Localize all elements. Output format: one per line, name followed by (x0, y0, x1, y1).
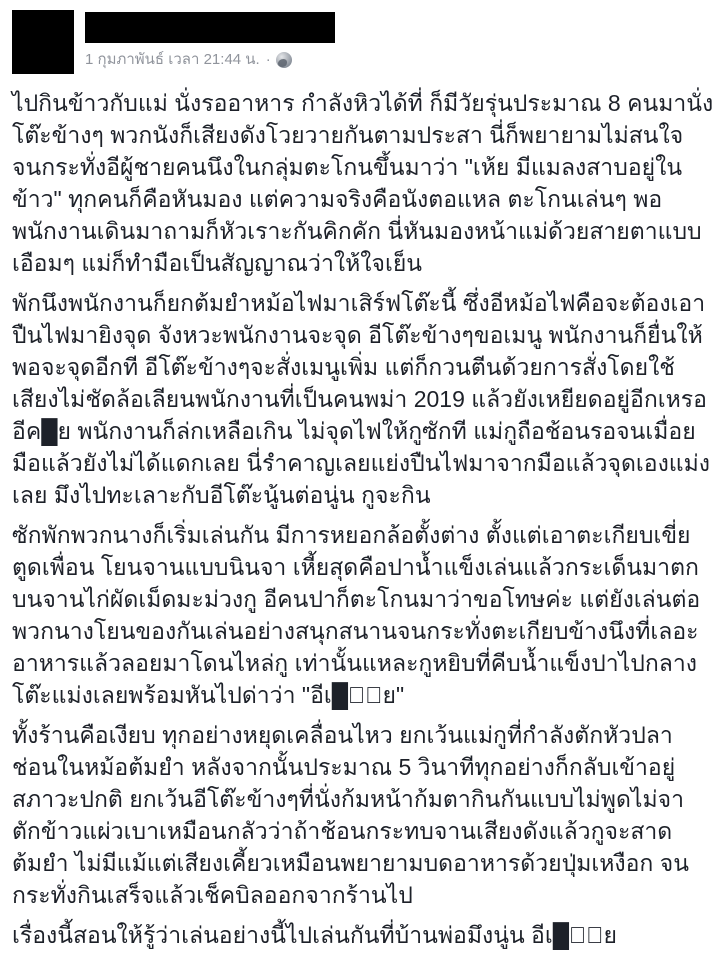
author-name-redacted[interactable] (85, 12, 335, 43)
post-paragraph: ซักพักพวกนางก็เริ่มเล่นกัน มีการหยอกล้อต… (12, 519, 716, 711)
post-paragraph: ทั้งร้านคือเงียบ ทุกอย่างหยุดเคลื่อนไหว … (12, 719, 716, 911)
post-paragraph: พักนึงพนักงานก็ยกต้มยำหม้อไฟมาเสิร์ฟโต๊ะ… (12, 287, 716, 511)
avatar[interactable] (12, 10, 74, 74)
post-paragraph: ไปกินข้าวกับแม่ นั่งรออาหาร กำลังหิวได้ท… (12, 87, 716, 279)
facebook-post: 1 กุมภาพันธ์ เวลา 21:44 น. · ไปกินข้าวกั… (0, 0, 728, 960)
post-content: ไปกินข้าวกับแม่ นั่งรออาหาร กำลังหิวได้ท… (12, 87, 716, 951)
post-header-info: 1 กุมภาพันธ์ เวลา 21:44 น. · (85, 10, 335, 69)
post-header: 1 กุมภาพันธ์ เวลา 21:44 น. · (12, 10, 716, 74)
globe-public-icon (276, 52, 292, 68)
dot-separator: · (266, 50, 271, 69)
post-meta: 1 กุมภาพันธ์ เวลา 21:44 น. · (85, 50, 335, 69)
post-paragraph: เรื่องนี้สอนให้รู้ว่าเล่นอย่างนี้ไปเล่นก… (12, 919, 716, 951)
post-timestamp[interactable]: 1 กุมภาพันธ์ เวลา 21:44 น. (85, 50, 260, 69)
